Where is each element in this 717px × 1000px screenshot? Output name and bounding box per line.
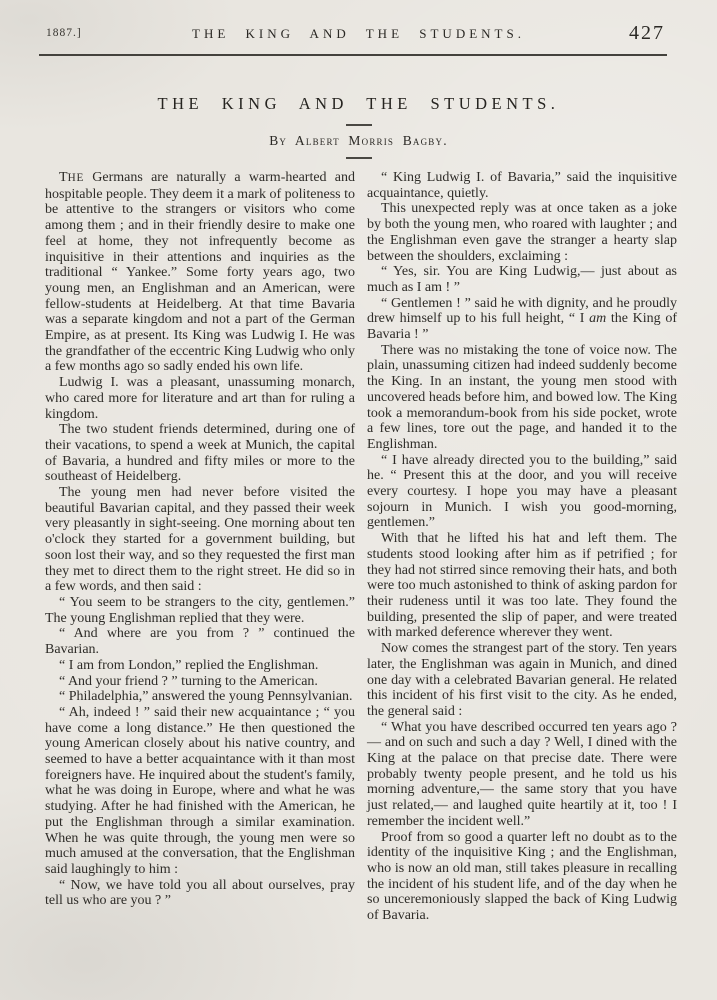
paragraph: “ You seem to be strangers to the city, …: [45, 595, 355, 626]
paragraph: With that he lifted his hat and left the…: [367, 531, 677, 641]
byline: By Albert Morris Bagby.: [0, 133, 717, 149]
paragraph: Ludwig I. was a pleasant, unassuming mon…: [45, 375, 355, 422]
paragraph: “ What you have described occurred ten y…: [367, 720, 677, 830]
running-title: THE KING AND THE STUDENTS.: [0, 26, 717, 42]
paragraph: Now comes the strangest part of the stor…: [367, 641, 677, 720]
article-body: THE Germans are naturally a warm-hearted…: [0, 159, 717, 924]
paragraph: Proof from so good a quarter left no dou…: [367, 830, 677, 924]
article-title: THE KING AND THE STUDENTS.: [0, 94, 717, 114]
running-header: 1887.] THE KING AND THE STUDENTS. 427: [0, 0, 717, 60]
paragraph: There was no mistaking the tone of voice…: [367, 343, 677, 453]
paragraph: The young men had never before visited t…: [45, 485, 355, 595]
header-rule: [39, 54, 667, 56]
paragraph: “ King Ludwig I. of Bavaria,” said the i…: [367, 170, 677, 201]
paragraph: “ Yes, sir. You are King Ludwig,— just a…: [367, 264, 677, 295]
paragraph: The two student friends determined, duri…: [45, 422, 355, 485]
title-divider: [346, 124, 372, 126]
paragraph: “ And your friend ? ” turning to the Ame…: [45, 674, 355, 690]
paragraph: “ Ah, indeed ! ” said their new acquaint…: [45, 705, 355, 878]
page-number: 427: [629, 22, 665, 45]
paragraph: “ I have already directed you to the bui…: [367, 453, 677, 532]
left-column: THE Germans are naturally a warm-hearted…: [45, 170, 355, 924]
paragraph: THE Germans are naturally a warm-hearted…: [45, 170, 355, 375]
right-column: “ King Ludwig I. of Bavaria,” said the i…: [367, 170, 677, 924]
paragraph: “ Gentlemen ! ” said he with dignity, an…: [367, 296, 677, 343]
scanned-page: 1887.] THE KING AND THE STUDENTS. 427 TH…: [0, 0, 717, 1000]
paragraph: This unexpected reply was at once taken …: [367, 201, 677, 264]
paragraph: “ Philadelphia,” answered the young Penn…: [45, 689, 355, 705]
paragraph: “ I am from London,” replied the English…: [45, 658, 355, 674]
paragraph: “ And where are you from ? ” continued t…: [45, 626, 355, 657]
paragraph: “ Now, we have told you all about oursel…: [45, 878, 355, 909]
